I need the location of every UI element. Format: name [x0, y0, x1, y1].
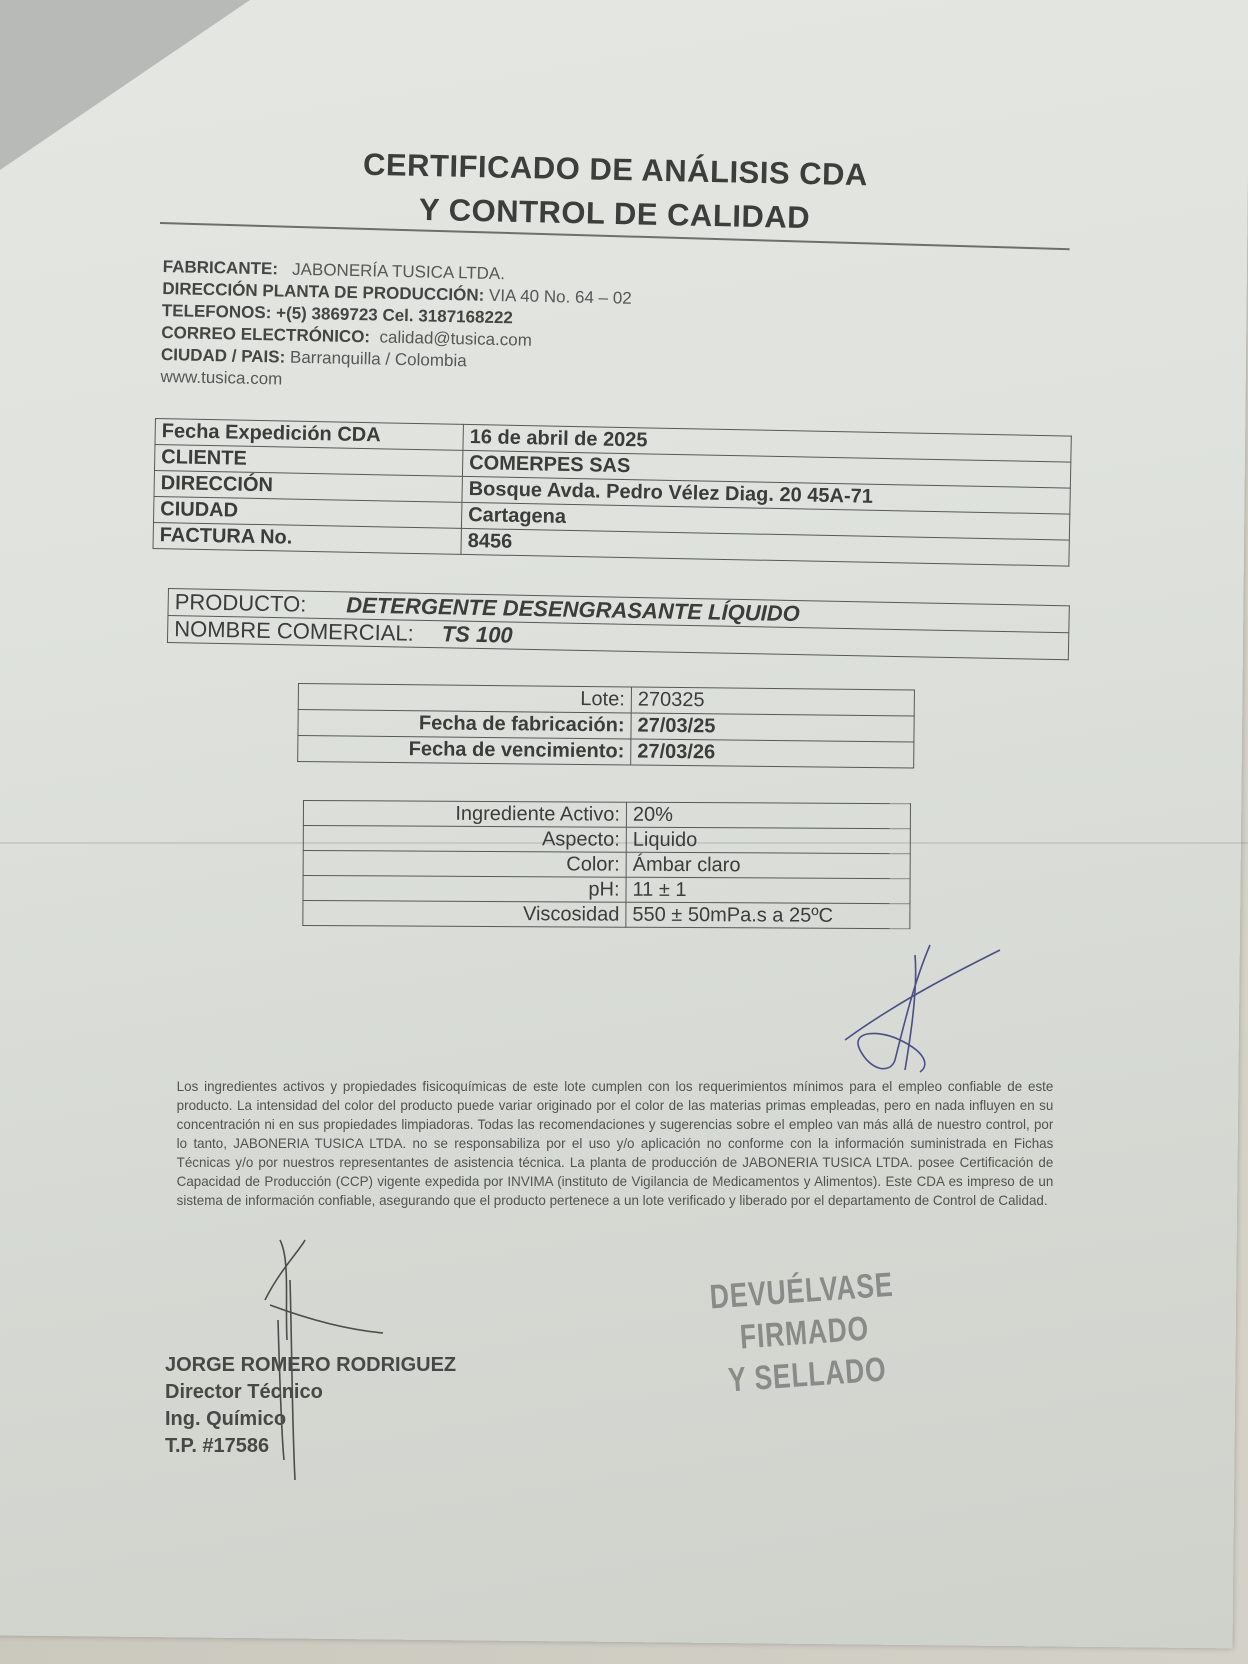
email-value: calidad@tusica.com	[379, 328, 532, 350]
signer-role: Director Técnico	[165, 1379, 456, 1406]
legal-disclaimer: Los ingredientes activos y propiedades f…	[177, 1077, 1054, 1210]
row-label: Color:	[303, 851, 626, 878]
row-value: 550 ± 50mPa.s a 25ºC	[626, 902, 910, 928]
table-row: Viscosidad550 ± 50mPa.s a 25ºC	[303, 901, 910, 929]
return-signed-stamp: DEVUÉLVASE FIRMADO Y SELLADO	[660, 1260, 949, 1405]
client-signature-icon	[845, 945, 1000, 1072]
table-row: Fecha de vencimiento:27/03/26	[298, 736, 914, 768]
city-country-label: CIUDAD / PAIS:	[161, 345, 286, 367]
email-label: CORREO ELECTRÓNICO:	[161, 323, 370, 346]
manufacturer-value: JABONERÍA TUSICA LTDA.	[292, 260, 505, 283]
row-value: 11 ± 1	[626, 877, 910, 903]
certificate: CERTIFICADO DE ANÁLISIS CDA Y CONTROL DE…	[0, 0, 1248, 1664]
row-label: Viscosidad	[303, 901, 626, 928]
signer-block: JORGE ROMERO RODRIGUEZ Director Técnico …	[165, 1352, 456, 1460]
city-country-value: Barranquilla / Colombia	[290, 348, 467, 371]
manufacturer-info: FABRICANTE: JABONERÍA TUSICA LTDA. DIREC…	[160, 256, 632, 398]
row-value: 270325	[631, 687, 914, 716]
row-label: Fecha de vencimiento:	[298, 736, 631, 765]
phones-value: +(5) 3869723 Cel. 3187168222	[276, 303, 513, 327]
website-link: www.tusica.com	[160, 367, 282, 389]
row-label: Lote:	[298, 684, 631, 713]
row-value: 27/03/25	[631, 713, 914, 742]
signer-profession: Ing. Químico	[165, 1406, 456, 1433]
table-row: Aspecto:Liquido	[303, 826, 910, 854]
product-table: PRODUCTO:DETERGENTE DESENGRASANTE LÍQUID…	[167, 588, 1070, 660]
row-label: pH:	[303, 876, 626, 903]
manufacturer-label: FABRICANTE:	[163, 257, 279, 278]
row-label: Aspecto:	[303, 826, 626, 853]
page-title: CERTIFICADO DE ANÁLISIS CDA Y CONTROL DE…	[329, 142, 901, 242]
row-label: FACTURA No.	[153, 522, 461, 554]
row-value: Liquido	[626, 827, 910, 853]
plant-address-value: VIA 40 No. 64 – 02	[489, 286, 632, 308]
table-row: Ingrediente Activo:20%	[303, 801, 910, 829]
specifications-table: Ingrediente Activo:20% Aspecto:Liquido C…	[302, 800, 911, 929]
row-label: Fecha de fabricación:	[298, 710, 631, 739]
trade-name-label: NOMBRE COMERCIAL:	[174, 616, 414, 646]
signer-license: T.P. #17586	[165, 1433, 456, 1460]
signer-name: JORGE ROMERO RODRIGUEZ	[165, 1352, 456, 1379]
row-label: Ingrediente Activo:	[303, 801, 626, 828]
lot-table: Lote:270325 Fecha de fabricación:27/03/2…	[297, 683, 915, 768]
table-row: Color:Ámbar claro	[303, 851, 910, 879]
row-value: Ámbar claro	[626, 852, 910, 878]
row-value: 27/03/26	[631, 739, 914, 768]
table-row: pH:11 ± 1	[303, 876, 910, 904]
row-value: 20%	[626, 802, 910, 828]
client-info-table: Fecha Expedición CDA16 de abril de 2025 …	[152, 418, 1071, 567]
product-label: PRODUCTO:	[174, 589, 306, 617]
phones-label: TELEFONOS:	[162, 301, 272, 322]
trade-name-value: TS 100	[414, 621, 513, 648]
